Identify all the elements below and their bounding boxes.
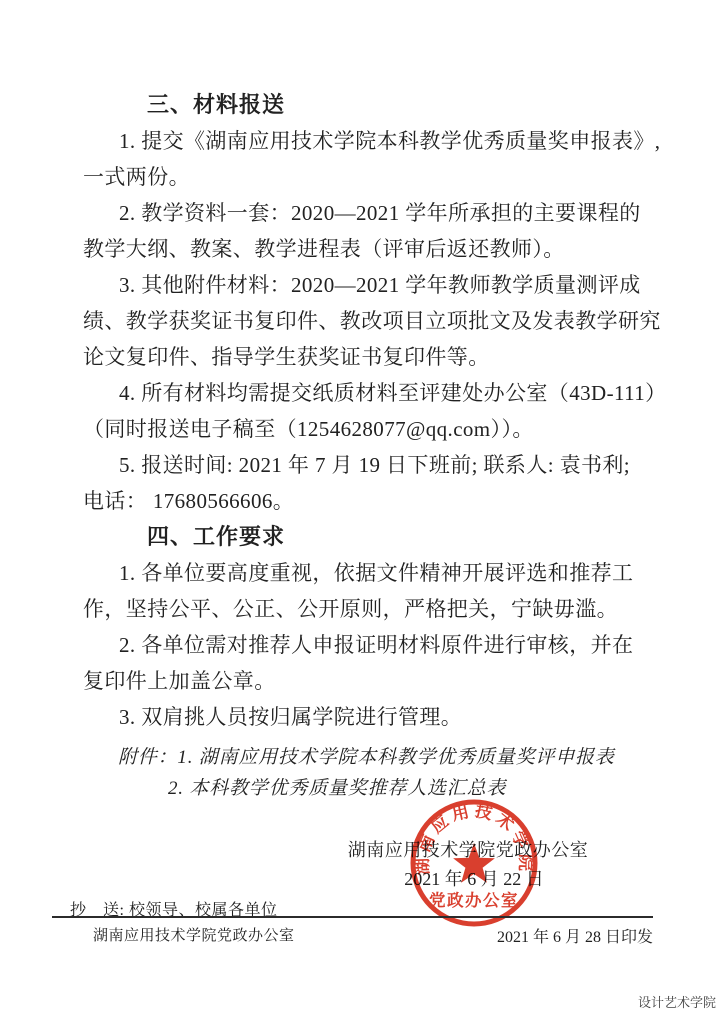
paragraph-line: 1. 各单位要高度重视，依据文件精神开展评选和推荐工	[83, 555, 645, 591]
paragraph-line: 电话： 17680566606。	[83, 483, 645, 519]
paragraph-line: 3. 其他附件材料：2020—2021 学年教师教学质量测评成	[83, 267, 645, 303]
paragraph-line: （同时报送电子稿至（1254628077@qq.com））。	[83, 411, 645, 447]
paragraph-line: 4. 所有材料均需提交纸质材料至评建处办公室（43D-111）	[83, 375, 645, 411]
paragraph-line: 教学大纲、教案、教学进程表（评审后返还教师）。	[83, 231, 645, 267]
paragraph-line: 3. 双肩挑人员按归属学院进行管理。	[83, 699, 645, 735]
paragraph-line: 一式两份。	[83, 159, 645, 195]
corner-department-label: 设计艺术学院	[638, 992, 716, 1011]
footer-divider	[52, 916, 653, 918]
paragraph-line: 2. 各单位需对推荐人申报证明材料原件进行审核，并在	[83, 627, 645, 663]
seal-star-icon	[453, 843, 495, 883]
attachment-item-1: 附件：1. 湖南应用技术学院本科教学优秀质量奖评申报表	[118, 742, 615, 773]
footer-print-date: 2021 年 6 月 28 日印发	[453, 924, 653, 947]
footer-issuer: 湖南应用技术学院党政办公室	[93, 924, 295, 945]
section-heading-3: 三、材料报送	[83, 87, 645, 123]
paragraph-line: 2. 教学资料一套：2020—2021 学年所承担的主要课程的	[83, 195, 645, 231]
section-heading-4: 四、工作要求	[83, 519, 645, 555]
paragraph-line: 复印件上加盖公章。	[83, 663, 645, 699]
seal-caption: 党政办公室	[429, 890, 519, 910]
paragraph-line: 1. 提交《湖南应用技术学院本科教学优秀质量奖申报表》,	[83, 123, 645, 159]
paragraph-line: 论文复印件、指导学生获奖证书复印件等。	[83, 339, 645, 375]
document-body: 三、材料报送 1. 提交《湖南应用技术学院本科教学优秀质量奖申报表》, 一式两份…	[83, 87, 645, 735]
paragraph-line: 绩、教学获奖证书复印件、教改项目立项批文及发表教学研究	[83, 303, 645, 339]
document-page: 三、材料报送 1. 提交《湖南应用技术学院本科教学优秀质量奖申报表》, 一式两份…	[0, 0, 724, 1024]
paragraph-line: 作，坚持公平、公正、公开原则，严格把关，宁缺毋滥。	[83, 591, 645, 627]
paragraph-line: 5. 报送时间: 2021 年 7 月 19 日下班前; 联系人: 袁书利;	[83, 447, 645, 483]
